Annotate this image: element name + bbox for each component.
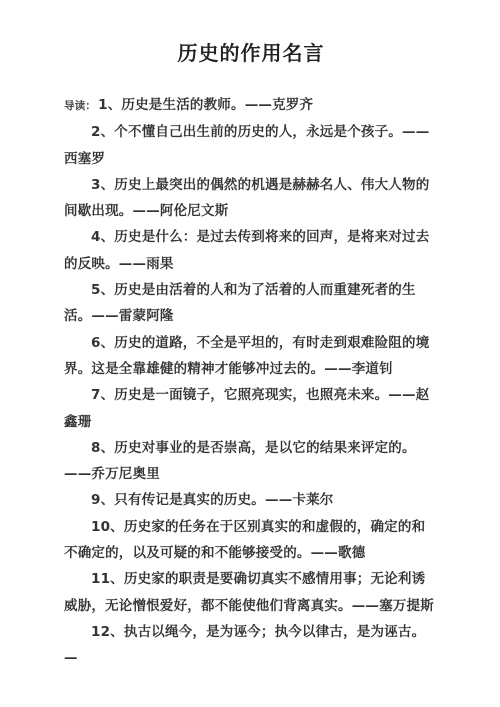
lead-label: 导读： <box>64 100 98 112</box>
quotes-list: 导读：1、历史是生活的教师。——克罗齐2、个不懂自己出生前的历史的人，永远是个孩… <box>64 92 438 672</box>
quote-paragraph: 12、执古以绳今，是为诬今；执今以律古，是为诬古。— <box>64 619 438 672</box>
quote-paragraph: 4、历史是什么：是过去传到将来的回声，是将来对过去的反映。——雨果 <box>64 224 438 277</box>
quote-paragraph: 7、历史是一面镜子，它照亮现实，也照亮未来。——赵鑫珊 <box>64 382 438 435</box>
document-page: 历史的作用名言 导读：1、历史是生活的教师。——克罗齐2、个不懂自己出生前的历史… <box>0 0 500 707</box>
page-title: 历史的作用名言 <box>64 38 438 68</box>
quote-paragraph: 8、历史对事业的是否崇高，是以它的结果来评定的。——乔万尼奥里 <box>64 435 438 488</box>
quote-paragraph: 3、历史上最突出的偶然的机遇是赫赫名人、伟大人物的间歇出现。——阿伦尼文斯 <box>64 172 438 225</box>
quote-paragraph: 2、个不懂自己出生前的历史的人，永远是个孩子。——西塞罗 <box>64 119 438 172</box>
quote-paragraph: 5、历史是由活着的人和为了活着的人而重建死者的生活。——雷蒙阿隆 <box>64 277 438 330</box>
quote-paragraph: 11、历史家的职责是要确切真实不感情用事；无论利诱威胁，无论憎恨爱好，都不能使他… <box>64 566 438 619</box>
quote-paragraph: 6、历史的道路，不全是平坦的，有时走到艰难险阻的境界。这是全靠雄健的精神才能够冲… <box>64 330 438 383</box>
quote-paragraph: 导读：1、历史是生活的教师。——克罗齐 <box>64 92 438 119</box>
quote-paragraph: 10、历史家的任务在于区别真实的和虚假的，确定的和不确定的，以及可疑的和不能够接… <box>64 514 438 567</box>
quote-paragraph: 9、只有传记是真实的历史。——卡莱尔 <box>64 487 438 513</box>
